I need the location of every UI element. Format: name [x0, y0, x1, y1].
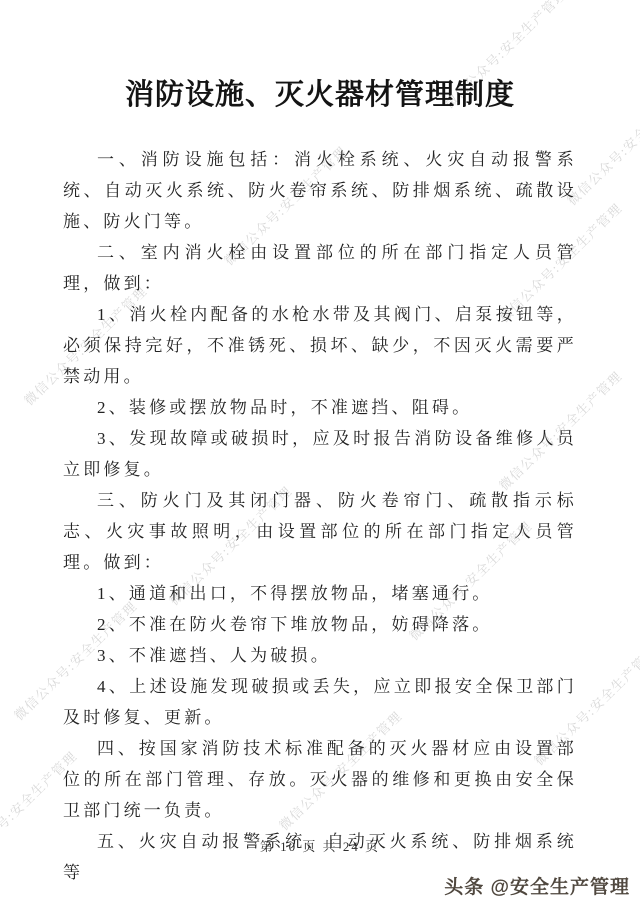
paragraph: 三、防火门及其闭门器、防火卷帘门、疏散指示标志、火灾事故照明，由设置部位的所在部… — [63, 485, 577, 578]
paragraph: 一、消防设施包括：消火栓系统、火灾自动报警系统、自动灭火系统、防火卷帘系统、防排… — [63, 144, 577, 237]
paragraph: 2、不准在防火卷帘下堆放物品，妨碍降落。 — [63, 609, 577, 640]
paragraph: 四、按国家消防技术标准配备的灭火器材应由设置部位的所在部门管理、存放。灭火器的维… — [63, 733, 577, 826]
toutiao-watermark: 头条 @安全生产管理 — [444, 872, 630, 899]
paragraph: 4、上述设施发现破损或丢失，应立即报安全保卫部门及时修复、更新。 — [63, 671, 577, 733]
document-title: 消防设施、灭火器材管理制度 — [63, 76, 577, 114]
page-number: 第 10 页 共 24 页 — [0, 836, 640, 855]
document-page: 微信公众号:安全生产管理 微信公众号:安全生产管理 微信公众号:安全生产管理 微… — [0, 0, 640, 906]
paragraph: 二、室内消火栓由设置部位的所在部门指定人员管理，做到： — [63, 237, 577, 299]
document-body: 一、消防设施包括：消火栓系统、火灾自动报警系统、自动灭火系统、防火卷帘系统、防排… — [63, 144, 577, 888]
paragraph: 1、通道和出口，不得摆放物品，堵塞通行。 — [63, 578, 577, 609]
paragraph: 2、装修或摆放物品时，不准遮挡、阻碍。 — [63, 392, 577, 423]
paragraph: 3、发现故障或破损时，应及时报告消防设备维修人员立即修复。 — [63, 423, 577, 485]
paragraph: 3、不准遮挡、人为破损。 — [63, 640, 577, 671]
paragraph: 1、消火栓内配备的水枪水带及其阀门、启泵按钮等，必须保持完好，不准锈死、损坏、缺… — [63, 299, 577, 392]
document-content: 消防设施、灭火器材管理制度 一、消防设施包括：消火栓系统、火灾自动报警系统、自动… — [0, 0, 640, 888]
